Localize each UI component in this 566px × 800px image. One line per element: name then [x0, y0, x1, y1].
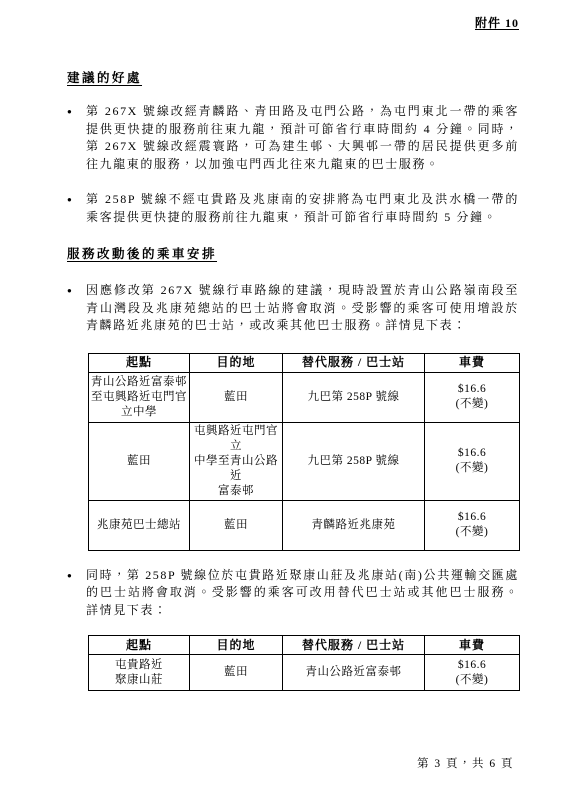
table-258p-alternatives: 起點 目的地 替代服務 / 巴士站 車費 屯貴路近 聚康山莊 藍田 青山公路近富… — [88, 635, 520, 691]
cell-destination: 藍田 — [190, 655, 283, 691]
cell-fare: $16.6(不變) — [425, 500, 520, 550]
table-row: 屯貴路近 聚康山莊 藍田 青山公路近富泰邨 $16.6(不變) — [89, 655, 520, 691]
bullet-icon: ● — [67, 191, 86, 226]
bullet-258p-benefit-text: 第 258P 號線不經屯貴路及兆康南的安排將為屯門東北及洪水橋一帶的乘客提供更快… — [86, 191, 519, 226]
attachment-label: 附件 10 — [475, 16, 519, 30]
fare-amount: $16.6 — [427, 658, 517, 673]
table-267x-alternatives: 起點 目的地 替代服務 / 巴士站 車費 青山公路近富泰邨 至屯興路近屯門官 立… — [88, 353, 520, 551]
fare-note: (不變) — [427, 525, 517, 540]
column-header-destination: 目的地 — [190, 636, 283, 655]
heading-arrangements: 服務改動後的乘車安排 — [67, 244, 519, 262]
cell-origin: 青山公路近富泰邨 至屯興路近屯門官 立中學 — [89, 372, 190, 422]
bullet-267x-arrangement-text: 因應修改第 267X 號線行車路線的建議，現時設置於青山公路嶺南段至青山灣段及兆… — [86, 282, 519, 335]
column-header-fare: 車費 — [425, 353, 520, 372]
table-row: 青山公路近富泰邨 至屯興路近屯門官 立中學 藍田 九巴第 258P 號線 $16… — [89, 372, 520, 422]
column-header-fare: 車費 — [425, 636, 520, 655]
cell-alternative: 青山公路近富泰邨 — [283, 655, 425, 691]
bullet-258p-arrangement-text: 同時，第 258P 號線位於屯貴路近聚康山莊及兆康站(南)公共運輸交匯處的巴士站… — [86, 567, 519, 620]
column-header-alternative: 替代服務 / 巴士站 — [283, 353, 425, 372]
document-page: 附件 10 建議的好處 ● 第 267X 號線改經青麟路、青田路及屯門公路，為屯… — [0, 0, 566, 800]
bullet-267x-benefit-text: 第 267X 號線改經青麟路、青田路及屯門公路，為屯門東北一帶的乘客提供更快捷的… — [86, 103, 519, 173]
cell-destination: 藍田 — [190, 500, 283, 550]
cell-destination: 屯興路近屯門官立 中學至青山公路近 富泰邨 — [190, 422, 283, 500]
bullet-258p-benefit: ● 第 258P 號線不經屯貴路及兆康南的安排將為屯門東北及洪水橋一帶的乘客提供… — [67, 191, 519, 226]
heading-benefits: 建議的好處 — [67, 68, 519, 86]
cell-origin: 兆康苑巴士總站 — [89, 500, 190, 550]
table-header-row: 起點 目的地 替代服務 / 巴士站 車費 — [89, 353, 520, 372]
bullet-267x-benefit: ● 第 267X 號線改經青麟路、青田路及屯門公路，為屯門東北一帶的乘客提供更快… — [67, 103, 519, 173]
attachment-row: 附件 10 — [67, 14, 519, 29]
column-header-destination: 目的地 — [190, 353, 283, 372]
bullet-267x-arrangement: ● 因應修改第 267X 號線行車路線的建議，現時設置於青山公路嶺南段至青山灣段… — [67, 282, 519, 335]
cell-fare: $16.6(不變) — [425, 422, 520, 500]
fare-note: (不變) — [427, 461, 517, 476]
bullet-258p-arrangement: ● 同時，第 258P 號線位於屯貴路近聚康山莊及兆康站(南)公共運輸交匯處的巴… — [67, 567, 519, 620]
table-row: 兆康苑巴士總站 藍田 青麟路近兆康苑 $16.6(不變) — [89, 500, 520, 550]
fare-amount: $16.6 — [427, 510, 517, 525]
cell-fare: $16.6(不變) — [425, 372, 520, 422]
page-number: 第 3 頁，共 6 頁 — [417, 755, 514, 771]
bullet-icon: ● — [67, 282, 86, 335]
cell-alternative: 九巴第 258P 號線 — [283, 372, 425, 422]
cell-alternative: 九巴第 258P 號線 — [283, 422, 425, 500]
cell-origin: 藍田 — [89, 422, 190, 500]
cell-alternative: 青麟路近兆康苑 — [283, 500, 425, 550]
table-row: 藍田 屯興路近屯門官立 中學至青山公路近 富泰邨 九巴第 258P 號線 $16… — [89, 422, 520, 500]
fare-amount: $16.6 — [427, 446, 517, 461]
fare-note: (不變) — [427, 397, 517, 412]
column-header-alternative: 替代服務 / 巴士站 — [283, 636, 425, 655]
fare-note: (不變) — [427, 673, 517, 688]
cell-origin: 屯貴路近 聚康山莊 — [89, 655, 190, 691]
column-header-origin: 起點 — [89, 636, 190, 655]
column-header-origin: 起點 — [89, 353, 190, 372]
bullet-icon: ● — [67, 103, 86, 173]
cell-destination: 藍田 — [190, 372, 283, 422]
fare-amount: $16.6 — [427, 382, 517, 397]
bullet-icon: ● — [67, 567, 86, 620]
cell-fare: $16.6(不變) — [425, 655, 520, 691]
table-header-row: 起點 目的地 替代服務 / 巴士站 車費 — [89, 636, 520, 655]
